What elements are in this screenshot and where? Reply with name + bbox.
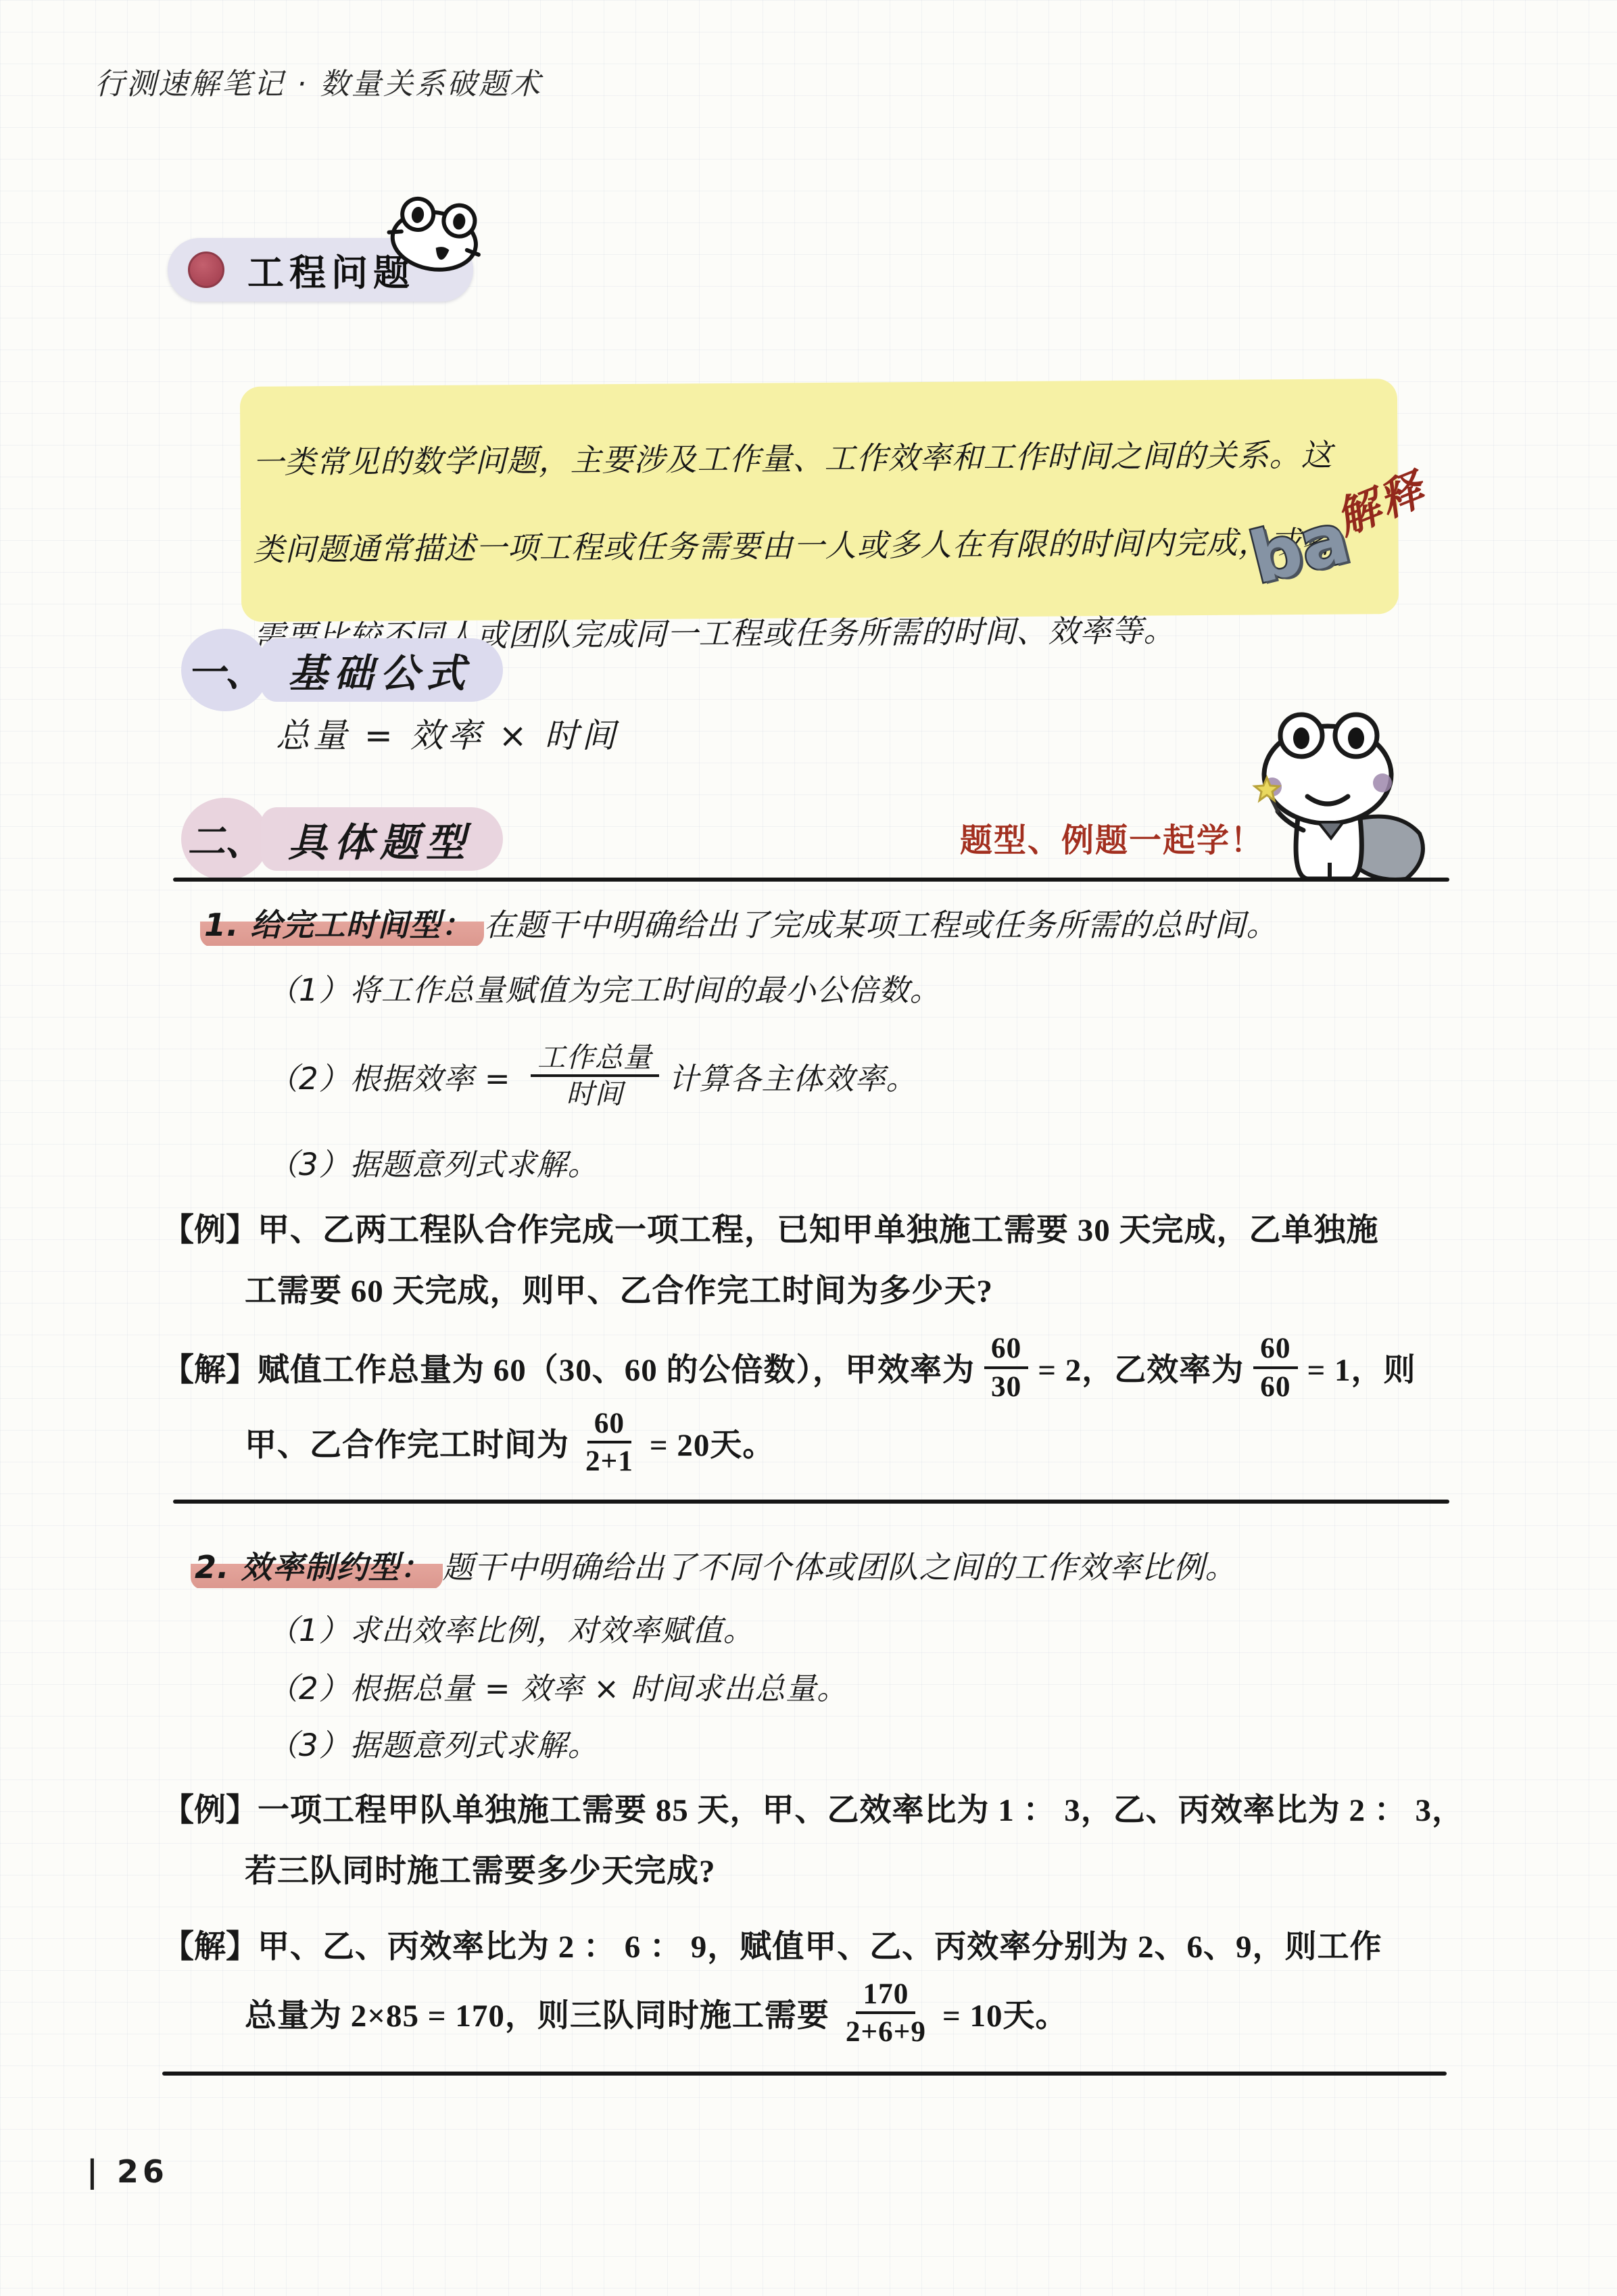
type1-step2-pre: （2）根据效率 = [268,1054,521,1098]
page-number-marker: | [87,2153,102,2190]
section1-number: 一、 [181,629,269,711]
section2-title: 具体题型 [261,807,503,871]
fraction-denominator: 时间 [559,1077,630,1109]
fraction-60-30: 60 30 [984,1332,1028,1403]
fraction-denominator: 2+6+9 [839,2014,933,2048]
type1-example-line1: 【例】甲、乙两工程队合作完成一项工程，已知甲单独施工需要 30 天完成，乙单独施 [162,1205,1379,1250]
type2-step2: （2）根据总量 = 效率 × 时间求出总量。 [268,1664,848,1708]
example-label: 【例】 [162,1213,258,1248]
type1-step2-post: 计算各主体效率。 [669,1054,917,1098]
type1-desc: 在题干中明确给出了完成某项工程或任务所需的总时间。 [484,907,1278,943]
section1-title: 基础公式 [261,638,503,702]
type1-step2: （2）根据效率 = 工作总量 时间 计算各主体效率。 [268,1025,917,1126]
intro-highlight: 一类常见的数学问题，主要涉及工作量、工作效率和工作时间之间的关系。这 类问题通常… [240,379,1399,622]
type2-example-line2: 若三队同时施工需要多少天完成? [245,1846,716,1891]
intro-line-2: 类问题通常描述一项工程或任务需要由一人或多人在有限的时间内完成，或者 [253,510,1399,581]
example-text: 甲、乙两工程队合作完成一项工程，已知甲单独施工需要 30 天完成，乙单独施 [258,1213,1379,1248]
example-label: 【例】 [162,1793,258,1828]
example-text: 一项工程甲队单独施工需要 85 天，甲、乙效率比为 1 ： 3，乙、丙效率比为 … [258,1793,1464,1828]
type2-solution-line1: 【解】甲、乙、丙效率比为 2 ： 6 ： 9，赋值甲、乙、丙效率分别为 2、6、… [162,1921,1382,1967]
red-dot-icon [188,252,224,288]
efficiency-fraction: 工作总量 时间 [531,1042,659,1110]
type2-solution-line2: 总量为 2×85 = 170，则三队同时施工需要 170 2+6+9 = 10天… [245,1962,1068,2063]
type2-example-line1: 【例】一项工程甲队单独施工需要 85 天，甲、乙效率比为 1 ： 3，乙、丙效率… [162,1785,1464,1830]
type2-step1: （1）求出效率比例，对效率赋值。 [268,1606,754,1650]
divider-1 [173,878,1449,882]
study-callout: 题型、例题一起学！ [960,814,1264,861]
fraction-denominator: 2+1 [579,1443,640,1477]
solution-text: = 10天。 [942,1990,1068,2036]
solution-text: 总量为 2×85 = 170，则三队同时施工需要 [245,1990,829,2036]
solution-label: 【解】 [162,1930,258,1965]
fraction-numerator: 60 [984,1332,1028,1368]
section2-number: 二、 [181,798,269,880]
intro-line-1: 一类常见的数学问题，主要涉及工作量、工作效率和工作时间之间的关系。这 [252,423,1398,494]
solution-text: 赋值工作总量为 60（30、60 的公倍数），甲效率为 [258,1345,975,1390]
fraction-60-60: 60 60 [1253,1332,1297,1403]
type2-name: 2. 效率制约型： [191,1549,443,1589]
fraction-denominator: 30 [984,1369,1028,1403]
fraction-170-2plus6plus9: 170 2+6+9 [839,1978,933,2049]
frog-hero-icon [1238,709,1441,891]
page-number: | 26 [87,2153,168,2190]
type2-heading: 2. 效率制约型：题干中明确给出了不同个体或团队之间的工作效率比例。 [191,1543,1237,1587]
frog-face-icon [375,187,493,281]
page-number-value: 26 [117,2153,168,2190]
solution-text: = 20天。 [650,1420,775,1465]
notebook-page: 行测速解笔记 · 数量关系破题术 工程问题 一类常见的数学问题，主要涉及工作量、… [0,0,1617,2296]
type1-step3: （3）据题意列式求解。 [268,1140,599,1184]
fraction-numerator: 60 [587,1407,631,1443]
type1-step1: （1）将工作总量赋值为完工时间的最小公倍数。 [268,965,941,1009]
type2-step3: （3）据题意列式求解。 [268,1721,599,1765]
solution-text: 甲、乙、丙效率比为 2 ： 6 ： 9，赋值甲、乙、丙效率分别为 2、6、9，则… [258,1930,1382,1965]
type1-solution-line2: 甲、乙合作完工时间为 60 2+1 = 20天。 [245,1391,775,1493]
type2-desc: 题干中明确给出了不同个体或团队之间的工作效率比例。 [443,1549,1237,1585]
fraction-denominator: 60 [1253,1369,1297,1403]
fraction-numerator: 170 [856,1978,915,2014]
fraction-60-2plus1: 60 2+1 [579,1407,640,1478]
solution-text: 甲、乙合作完工时间为 [245,1420,569,1465]
book-title: 行测速解笔记 · 数量关系破题术 [95,59,542,103]
fraction-numerator: 工作总量 [531,1042,659,1077]
type1-heading: 1. 给完工时间型：在题干中明确给出了完成某项工程或任务所需的总时间。 [200,901,1278,945]
divider-3 [162,2072,1447,2076]
fraction-numerator: 60 [1253,1332,1297,1368]
solution-text: = 1，则 [1307,1345,1416,1390]
base-formula: 总量 = 效率 × 时间 [276,709,619,757]
solution-label: 【解】 [162,1345,258,1390]
solution-text: = 2，乙效率为 [1038,1345,1244,1390]
type1-name: 1. 给完工时间型： [200,907,484,947]
type1-example-line2: 工需要 60 天完成，则甲、乙合作完工时间为多少天? [245,1266,993,1311]
divider-2 [173,1500,1449,1504]
